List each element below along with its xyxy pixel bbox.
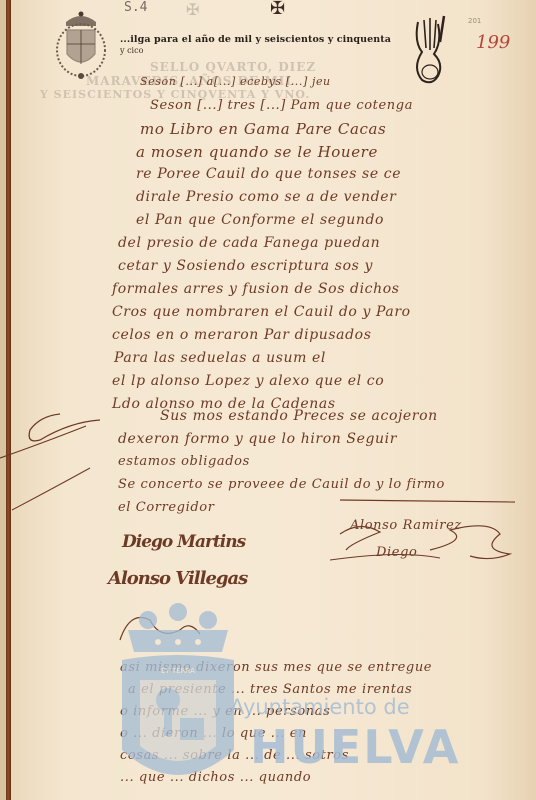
- signature: Alonso Villegas: [108, 568, 247, 589]
- cross-icon: ✠: [270, 0, 285, 19]
- signature: Diego Martins: [122, 532, 245, 552]
- page-number: 199: [476, 32, 510, 53]
- handwritten-line: Seson [...] tres [...] Pam que cotenga: [150, 98, 413, 113]
- watermark-line2: HUELVA: [250, 720, 460, 774]
- notary-flourish-icon: [408, 12, 452, 86]
- royal-coat-of-arms-icon: [52, 8, 110, 80]
- signature-rubric-icon: [320, 510, 520, 570]
- handwritten-line: del presio de cada Fanega puedan: [118, 235, 380, 251]
- handwritten-line: Para las seduelas a usum el: [114, 350, 326, 366]
- handwritten-line: cetar y Sosiendo escriptura sos y: [118, 258, 373, 274]
- watermark-line1: Ayuntamiento de: [230, 695, 410, 719]
- handwritten-line: celos en o meraron Par dipusados: [112, 327, 372, 343]
- handwritten-line: re Poree Cauil do que tonses se ce: [136, 166, 401, 182]
- signature-rubric-icon: [100, 600, 220, 650]
- handwritten-line: asi mismo dixeron sus mes que se entregu…: [120, 660, 432, 675]
- ghost-stamp-line: SELLO QVARTO, DIEZ: [150, 60, 316, 74]
- handwritten-line: a mosen quando se le Houere: [136, 143, 378, 161]
- faint-cross-icon: ✠: [186, 0, 199, 19]
- handwritten-line: mo Libro en Gama Pare Cacas: [140, 120, 386, 138]
- printed-stamp-header: ...ilga para el año de mil y seiscientos…: [120, 34, 391, 45]
- handwritten-line: el Pan que Conforme el segundo: [136, 212, 384, 228]
- handwritten-line: dirale Presio como se a de vender: [136, 189, 396, 205]
- printed-stamp-header-line2: y cico: [120, 46, 143, 55]
- handwritten-line: Cros que nombraren el Cauil do y Paro: [112, 304, 411, 320]
- stamp-number: S.4: [124, 0, 147, 15]
- underline-stroke: [300, 490, 520, 510]
- handwritten-line: el lp alonso Lopez y alexo que el co: [112, 373, 384, 389]
- margin-flourish-icon: [0, 400, 140, 520]
- handwritten-line: dexeron formo y que lo hiron Seguir: [118, 431, 397, 447]
- handwritten-line: Sus mos estando Preces se acojeron: [160, 408, 438, 424]
- folio-faint-number: 201: [468, 17, 481, 25]
- manuscript-page: S.4 ✠ ✠ ...ilga para el año de mil y sei…: [0, 0, 536, 800]
- handwritten-line: formales arres y fusion de Sos dichos: [112, 281, 400, 297]
- handwritten-line: Seson [...] a[...] ecebys [...] jeu: [140, 75, 331, 88]
